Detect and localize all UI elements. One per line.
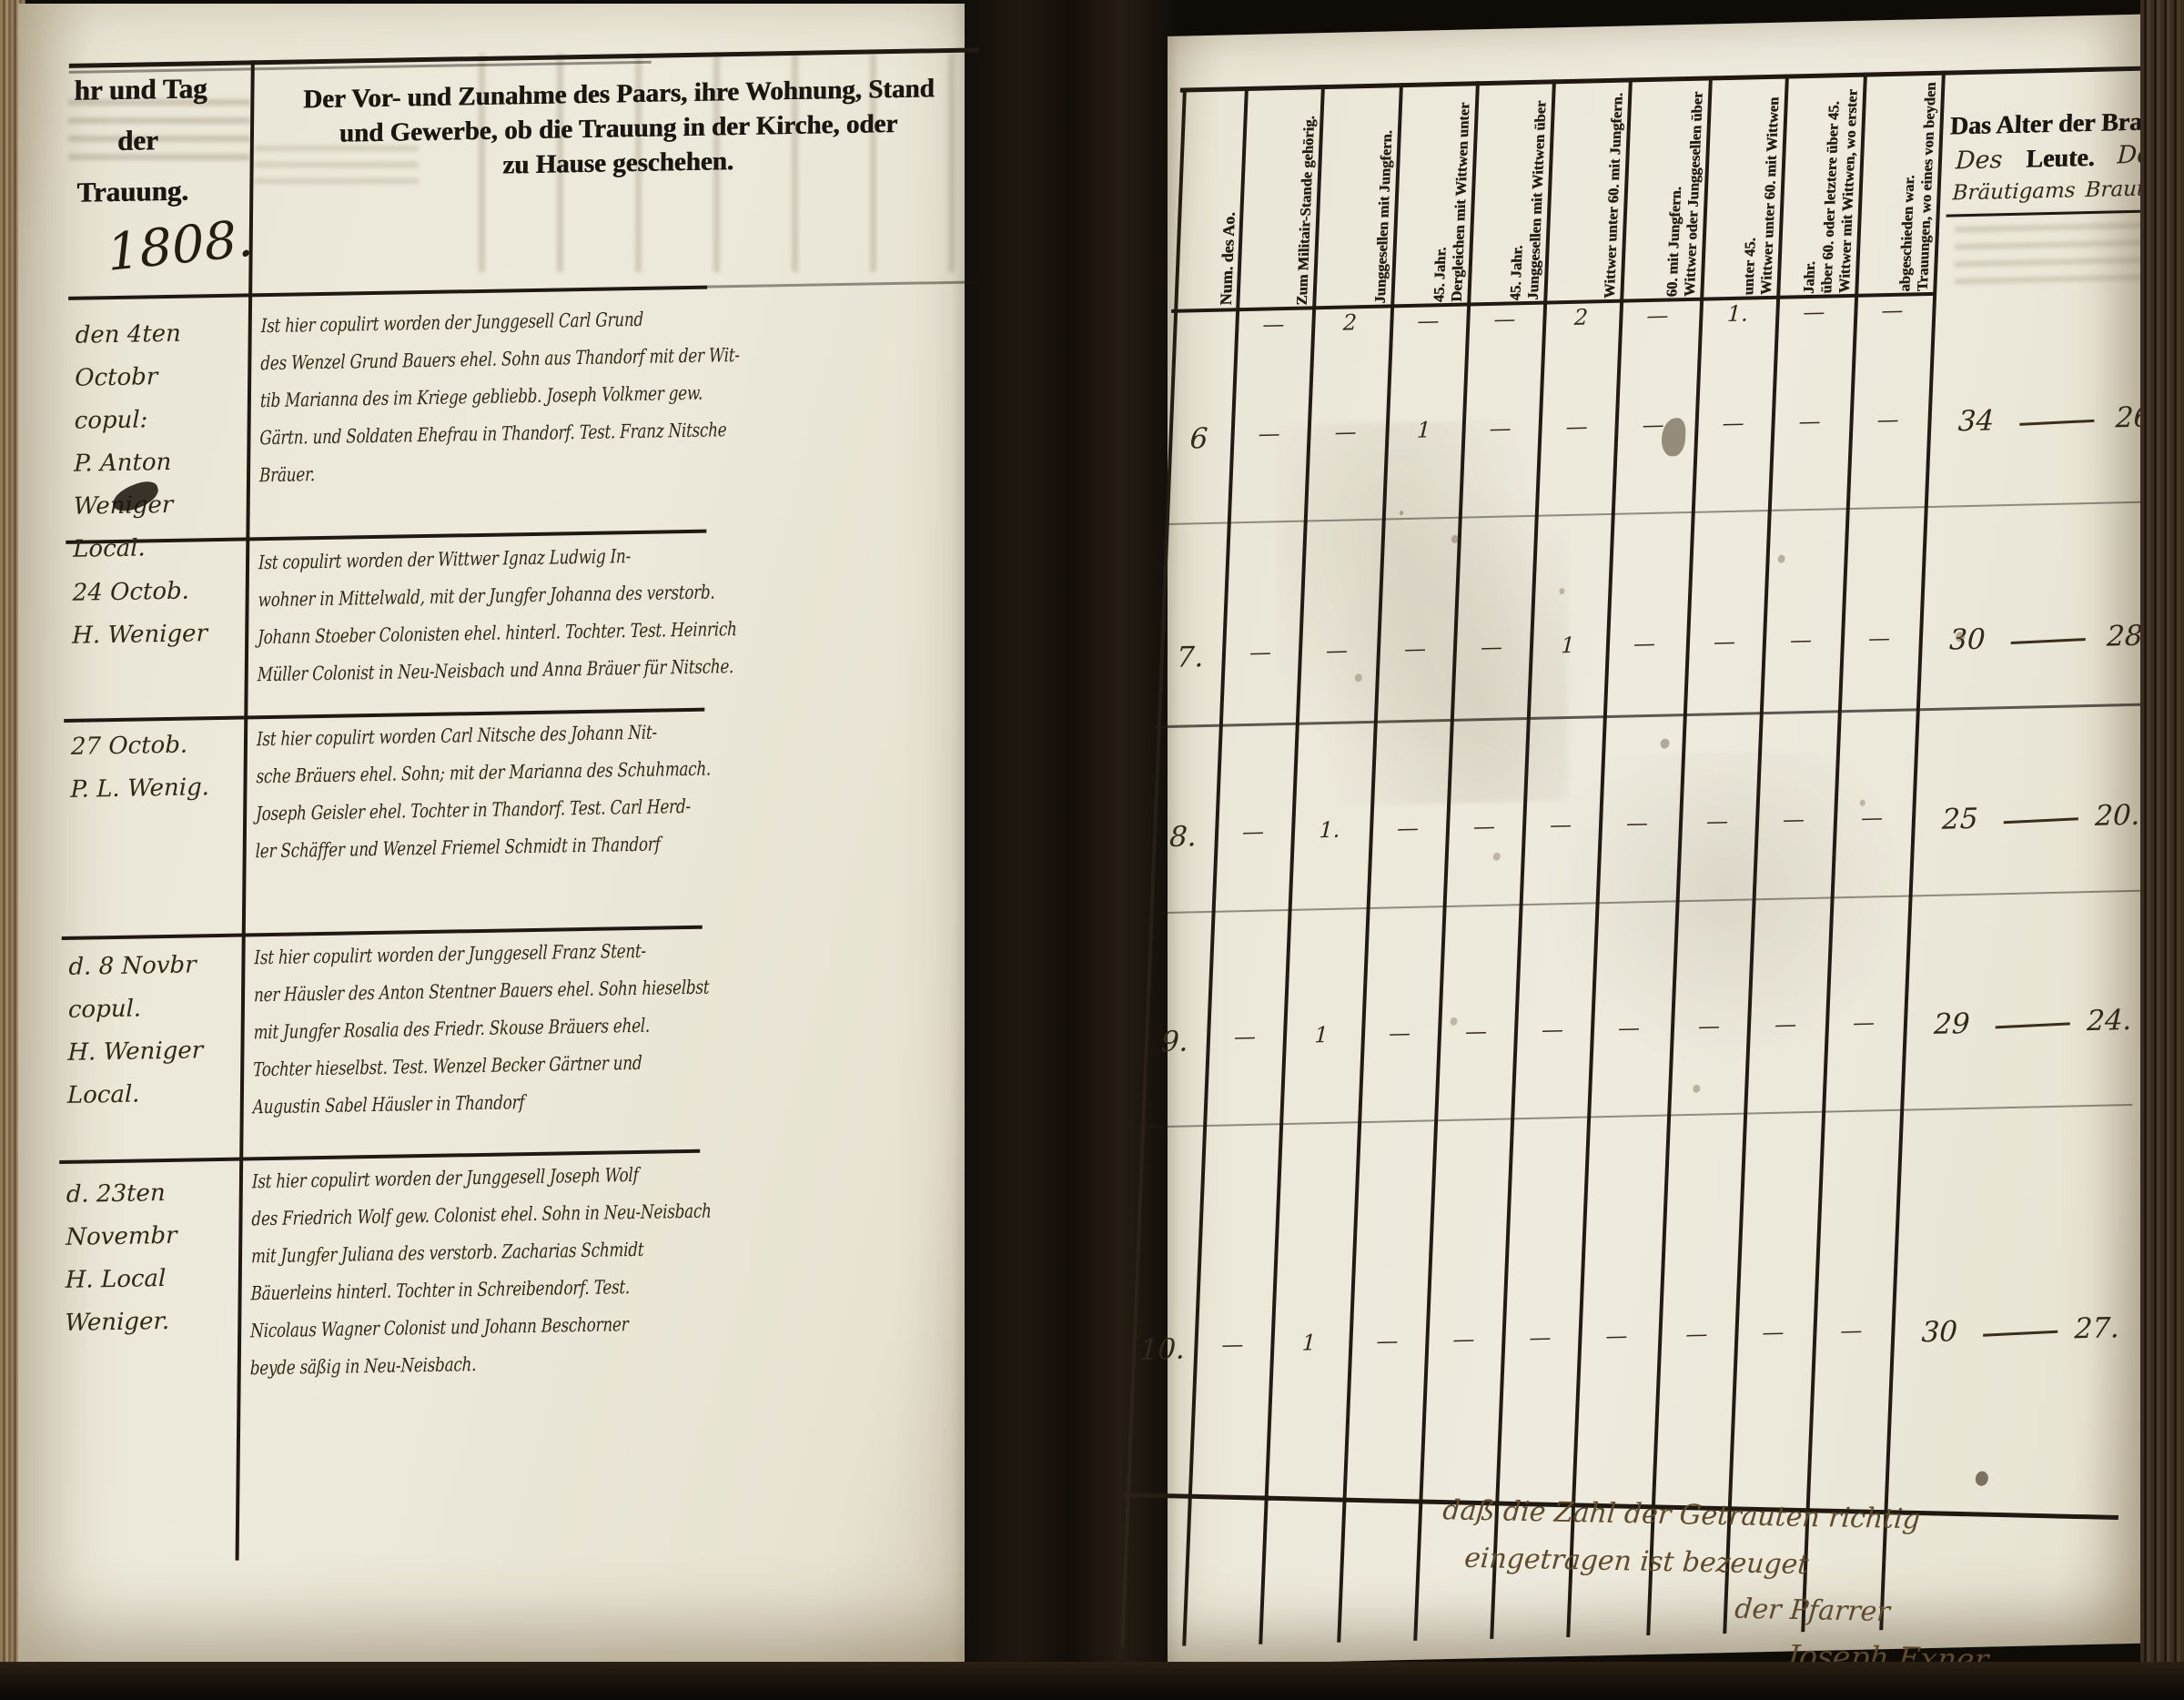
date-column-header: hr und Tag xyxy=(74,72,207,107)
row-divider xyxy=(1138,1104,2132,1128)
groom-age: 34 xyxy=(1941,404,2011,439)
tally-cell: — xyxy=(1736,1319,1810,1346)
column-header: Zum Militair-Stande gehörig. xyxy=(1239,88,1319,307)
groom-age: 30 xyxy=(1932,622,2002,657)
tally-cell: — xyxy=(1621,302,1694,329)
tally-cell: — xyxy=(1592,1015,1666,1042)
tally-cell: 1 xyxy=(1272,1330,1346,1357)
entry-text: Ist copulirt worden der Wittwer Ignaz Lu… xyxy=(258,536,725,693)
table-row: 10. — 1 — — — — — — — 30 27. xyxy=(1128,1311,2135,1374)
tally-cell: — xyxy=(1660,1321,1734,1348)
scanned-register-spread: hr und Tag der Trauung. 1808. Der Vor- u… xyxy=(0,0,2184,1700)
column-header: Dergleichen mit Wittwen unter 45. Jahr. xyxy=(1394,85,1474,303)
groom-age: 25 xyxy=(1925,802,1995,836)
bride-age: 24. xyxy=(2075,1004,2143,1038)
stain xyxy=(1976,1472,1989,1486)
tally-cell: — xyxy=(1851,406,1925,433)
date-column-header: Trauung. xyxy=(76,175,188,209)
tally-cell: — xyxy=(1391,308,1465,335)
tally-cell: — xyxy=(1350,1328,1424,1355)
age-separator-dash xyxy=(2004,817,2078,824)
entry-date: den 4ten Octobr copul: P. Anton Weniger … xyxy=(73,311,250,571)
tally-cell: — xyxy=(1580,1322,1653,1350)
table-row: 8. — 1. — — — — — — — 25 20. xyxy=(1149,798,2156,861)
tally-cell: — xyxy=(1616,411,1690,439)
tally-cell: — xyxy=(1815,1317,1888,1344)
column-header: Junggesellen mit Wittwen über 45. Jahr. xyxy=(1471,83,1551,301)
certification-line: der Pfarrer xyxy=(1734,1594,1891,1628)
table-row: 7. — — — — 1 — — — — 30 28 xyxy=(1157,619,2163,682)
year-entry: 1808. xyxy=(105,209,255,283)
entry-text: Ist hier copulirt worden der Junggesell … xyxy=(253,931,721,1126)
column-header: Trauungen, wo eines von beyden abgeschie… xyxy=(1858,75,1940,293)
certification-note: daß die Zahl der Getrauten richtig einge… xyxy=(1444,1494,2134,1508)
tally-cell: — xyxy=(1696,410,1770,437)
book-page-edges xyxy=(2140,0,2184,1700)
tally-cell: — xyxy=(1681,807,1754,835)
groom-age: 30 xyxy=(1905,1315,1975,1350)
age-separator-dash xyxy=(2011,638,2086,644)
column-header: Junggesellen mit Jungfern. xyxy=(1316,86,1398,305)
tally-cell: — xyxy=(1217,818,1290,845)
tally-cell: — xyxy=(1378,635,1451,663)
tally-cell: 2 xyxy=(1313,309,1387,337)
tally-cell: — xyxy=(1503,1324,1577,1351)
tally-cell: — xyxy=(1223,639,1297,666)
tally-cell: — xyxy=(1773,408,1846,435)
entry-date: 27 Octob. P. L. Wenig. xyxy=(70,723,246,811)
tally-cell: — xyxy=(1448,813,1522,840)
age-separator-dash xyxy=(1996,1022,2070,1028)
tally-cell: — xyxy=(1777,299,1851,326)
right-page-table: Num. des Ao. Zum Militair-Stande gehörig… xyxy=(1117,66,2174,1684)
entry-date: d. 8 Novbr copul. H. Weniger Local. xyxy=(67,944,244,1118)
tally-cell: — xyxy=(1309,419,1382,446)
row-number: 8. xyxy=(1151,820,1214,855)
tally-cell: 1 xyxy=(1531,632,1604,659)
certification-line: daß die Zahl der Getrauten richtig xyxy=(1441,1494,1921,1535)
column-header: Wittwer unter 60. mit Jungfern. xyxy=(1547,82,1627,300)
left-page-table: hr und Tag der Trauung. 1808. Der Vor- u… xyxy=(45,33,983,1618)
groom-age: 29 xyxy=(1916,1007,1987,1042)
scan-bottom-shadow xyxy=(0,1662,2184,1700)
tally-cell: — xyxy=(1516,1016,1590,1043)
tally-cell: — xyxy=(1427,1326,1501,1353)
tally-cell: — xyxy=(1601,809,1674,836)
row-number: 10. xyxy=(1131,1332,1194,1367)
entry-date: d. 23ten Novembr H. Local Weniger. xyxy=(65,1171,241,1345)
entry-date: 24 Octob. H. Weniger xyxy=(72,569,248,657)
tally-cell: 1 xyxy=(1387,417,1461,444)
tally-cell: — xyxy=(1855,297,1929,324)
table-row: 6 — — 1 — — — — — — 34 26 xyxy=(1165,400,2171,463)
bride-label: Braut xyxy=(2085,177,2146,203)
column-header: Wittwer oder Junggesellen über 60. mit J… xyxy=(1623,80,1707,299)
groom-label: Bräutigams xyxy=(1952,178,2076,205)
main-column-header: zu Hause geschehen. xyxy=(256,142,979,185)
tally-cell: — xyxy=(1835,804,1909,832)
tally-cell: — xyxy=(1463,415,1537,442)
tally-cell: — xyxy=(1363,1019,1437,1047)
row-number: 9. xyxy=(1143,1025,1206,1059)
tally-cell: — xyxy=(1454,633,1528,661)
tally-cell: — xyxy=(1607,630,1681,657)
tally-cell: — xyxy=(1540,413,1613,440)
tally-cell: — xyxy=(1757,805,1831,833)
tally-cell: — xyxy=(1524,811,1598,838)
tally-cell: — xyxy=(1232,420,1306,448)
tally-cell: — xyxy=(1196,1331,1269,1358)
row-divider xyxy=(1163,501,2157,525)
column-header: Wittwer mit Wittwen, wo erster über 60. … xyxy=(1780,76,1862,295)
tally-cell: — xyxy=(1237,310,1310,338)
tally-cell: — xyxy=(1208,1023,1282,1050)
row-number: 7. xyxy=(1158,641,1221,675)
row-number: 6 xyxy=(1168,421,1230,456)
tally-cell: — xyxy=(1687,628,1761,655)
tally-cell: — xyxy=(1468,306,1542,333)
row-divider xyxy=(1155,703,2149,729)
table-row: 9. — 1 — — — — — — — 29 24. xyxy=(1141,1004,2148,1067)
age-separator-dash xyxy=(1983,1331,2058,1337)
tally-cell: 1. xyxy=(1293,816,1367,844)
tally-cell: — xyxy=(1827,1009,1901,1037)
tally-cell: — xyxy=(1842,624,1916,652)
tally-cell: — xyxy=(1440,1017,1513,1045)
tally-cell: 2 xyxy=(1544,304,1618,331)
entry-text: Ist hier copulirt worden der Junggesell … xyxy=(259,299,727,494)
tally-cell: — xyxy=(1749,1011,1823,1038)
entry-text: Ist hier copulirt worden der Junggesell … xyxy=(250,1155,719,1387)
tally-cell: — xyxy=(1299,637,1373,664)
tally-cell: — xyxy=(1371,815,1445,842)
date-column-header: der xyxy=(117,124,158,157)
certification-line: eingetragen ist bezeuget xyxy=(1463,1543,1810,1581)
header-bottom-rule xyxy=(707,280,976,288)
row-divider xyxy=(1148,890,2141,915)
stain xyxy=(1400,511,1403,515)
tally-cell: — xyxy=(1673,1013,1746,1040)
header-bottom-rule xyxy=(68,286,707,300)
ages-script-des: Des xyxy=(1955,146,2003,175)
tally-cell: 1. xyxy=(1701,300,1774,328)
right-page: Num. des Ao. Zum Militair-Stande gehörig… xyxy=(1168,15,2145,1665)
age-separator-dash xyxy=(2019,420,2094,426)
tally-cell: 1 xyxy=(1285,1021,1359,1048)
column-header-num: Num. des Ao. xyxy=(1178,141,1241,307)
bride-age: 27. xyxy=(2063,1311,2131,1346)
entry-text: Ist hier copulirt worden Carl Nitsche de… xyxy=(256,713,723,870)
column-header: Wittwer unter 60. mit Wittwen unter 45. xyxy=(1704,78,1784,297)
left-page: hr und Tag der Trauung. 1808. Der Vor- u… xyxy=(18,4,965,1664)
tally-cell: — xyxy=(1764,626,1837,653)
